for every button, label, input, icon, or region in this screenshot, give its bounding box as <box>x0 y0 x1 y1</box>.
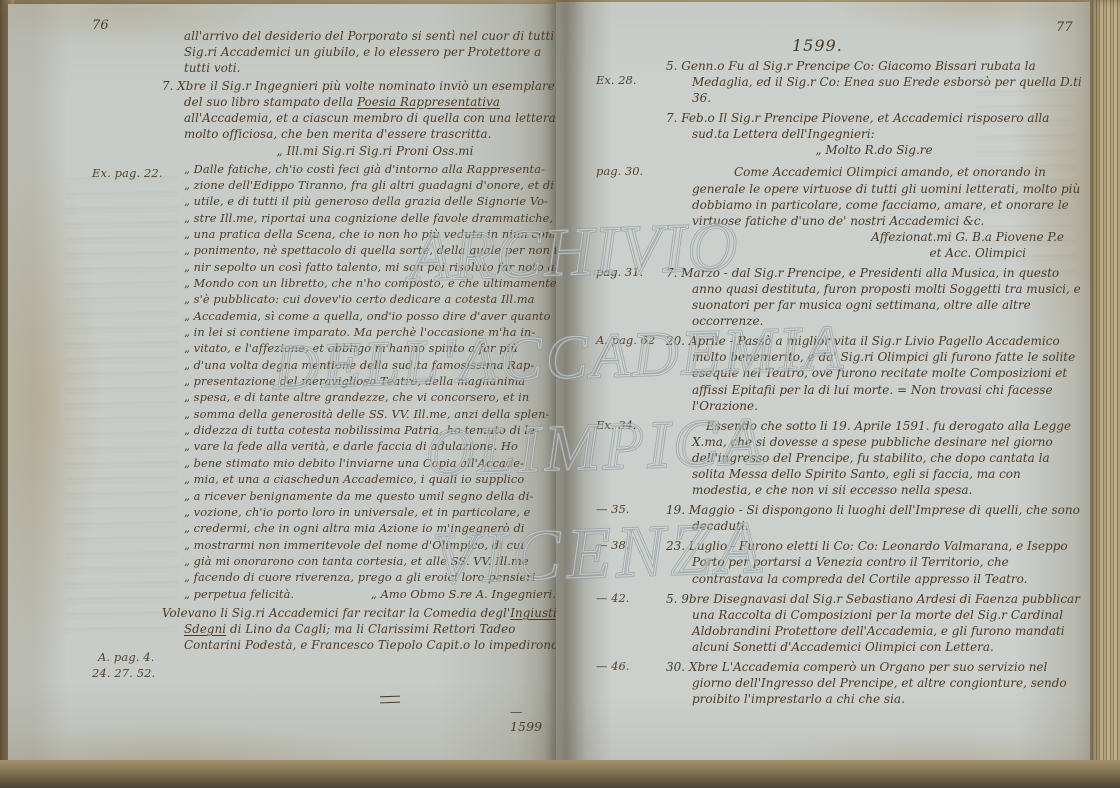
showthrough-texture-left <box>66 169 178 639</box>
entry-row: — 35. 19. Maggio - Si dispongono li luog… <box>596 502 1082 534</box>
entry-text: Essendo che sotto li 19. Aprile 1591. fu… <box>666 418 1082 498</box>
entry-row: 7. Feb.o Il Sig.r Prencipe Piovene, et A… <box>596 110 1082 160</box>
entry-date: 30. Xbre <box>666 660 718 674</box>
entry-text: 5. 9bre Disegnavasi dal Sig.r Sebastiano… <box>666 591 1082 655</box>
entry-margin-ref: — 46. <box>596 659 666 707</box>
letter-closing: „ perpetua felicità. <box>184 586 294 602</box>
section-divider <box>380 696 400 704</box>
margin-note-ex-pag-22: Ex. pag. 22. <box>92 166 163 180</box>
quoted-letter: „ Dalle fatiche, ch'io costì feci già d'… <box>184 161 566 586</box>
signature-line-1: Affezionat.mi G. B.a Piovene P.e <box>666 229 1082 245</box>
year-heading: 1599. <box>792 36 843 55</box>
left-page-text-block: all'arrivo del desiderio del Porporato s… <box>184 28 566 655</box>
entry-margin-ref: pag. 31. <box>596 265 666 329</box>
entry-margin-ref: — 35. <box>596 502 666 534</box>
entry-date: 5. Genn.o <box>666 59 724 73</box>
book-fore-edge-pages <box>1090 0 1120 788</box>
entry-text: 7. Feb.o Il Sig.r Prencipe Piovene, et A… <box>666 110 1082 142</box>
entry-row: A. pag. 62 20. Aprile - Passò a miglior … <box>596 333 1082 413</box>
entry-margin-ref: Ex. 28. <box>596 58 666 106</box>
december-entry: 7. Xbre il Sig.r Ingegnieri più volte no… <box>184 78 566 143</box>
entry-text: 30. Xbre L'Accademia comperò un Organo p… <box>666 659 1082 707</box>
entry-date: 7. Marzo - <box>666 266 728 280</box>
entry-row: — 38. 23. Luglio - Furono eletti li Co: … <box>596 538 1082 586</box>
entry-row: pag. 31. 7. Marzo - dal Sig.r Prencipe, … <box>596 265 1082 329</box>
letter-closing-line: „ perpetua felicità. „ Amo Obmo S.re A. … <box>184 586 566 602</box>
underlined-title-poesia: Poesia Rappresentativa <box>357 95 500 109</box>
manuscript-scan: { "watermark": { "lines": ["ARCHIVIO", "… <box>0 0 1120 788</box>
page-number-left: 76 <box>92 18 109 33</box>
entry-text: 23. Luglio - Furono eletti li Co: Co: Le… <box>666 538 1082 586</box>
entry-margin-ref: pag. 30. <box>596 164 666 260</box>
entry-date: 7. Feb.o <box>666 111 715 125</box>
letter-salutation-left: „ Ill.mi Sig.ri Sig.ri Proni Oss.mi <box>184 143 566 159</box>
entry-date: 20. Aprile - <box>666 334 734 348</box>
intro-paragraph: all'arrivo del desiderio del Porporato s… <box>184 28 566 77</box>
entry-margin-ref: A. pag. 62 <box>596 333 666 413</box>
catchword-1599: — 1599 <box>510 704 556 734</box>
entry-date: 7. Xbre <box>162 79 206 93</box>
entry-row: Ex. 28. 5. Genn.o Fu al Sig.r Prencipe C… <box>596 58 1082 106</box>
entry-row: — 46. 30. Xbre L'Accademia comperò un Or… <box>596 659 1082 707</box>
entry-margin-ref: Ex. 34. <box>596 418 666 498</box>
margin-note-a-pag-4: A. pag. 4. <box>98 650 154 664</box>
entry-text: 19. Maggio - Si dispongono li luoghi del… <box>666 502 1082 534</box>
entry-margin-ref: — 42. <box>596 591 666 655</box>
left-page: 76 Ex. pag. 22. A. pag. 4. 24. 27. 52. a… <box>8 4 556 772</box>
book-bottom-edge <box>0 760 1120 788</box>
margin-note-24-27-52: 24. 27. 52. <box>92 666 155 680</box>
entry-text: 5. Genn.o Fu al Sig.r Prencipe Co: Giaco… <box>666 58 1082 106</box>
entry-margin-ref <box>596 110 666 160</box>
page-number-right: 77 <box>1056 20 1073 35</box>
entry-text: Come Accademici Olimpici amando, et onor… <box>666 164 1082 228</box>
closing-paragraph: Volevano li Sig.ri Accademici far recita… <box>184 605 566 654</box>
entry-text: 7. Marzo - dal Sig.r Prencipe, e Preside… <box>666 265 1082 329</box>
entry-row: — 42. 5. 9bre Disegnavasi dal Sig.r Seba… <box>596 591 1082 655</box>
signature-line-2: et Acc. Olimpici <box>666 245 1082 261</box>
entry-date: 23. Luglio - <box>666 539 735 553</box>
entry-date: 19. Maggio - <box>666 503 743 517</box>
letter-signature: „ Amo Obmo S.re A. Ingegnieri. <box>371 586 556 602</box>
entry-row: Ex. 34. Essendo che sotto li 19. Aprile … <box>596 418 1082 498</box>
right-page: 77 1599. Ex. 28. 5. Genn.o Fu al Sig.r P… <box>556 2 1090 774</box>
entry-margin-ref: — 38. <box>596 538 666 586</box>
letter-salutation-right: „ Molto R.do Sig.re <box>666 143 1082 157</box>
entry-date: 5. 9bre <box>666 592 709 606</box>
entry-row: pag. 30. Come Accademici Olimpici amando… <box>596 164 1082 260</box>
right-page-text-block: Ex. 28. 5. Genn.o Fu al Sig.r Prencipe C… <box>596 58 1082 711</box>
entry-text: 20. Aprile - Passò a miglior vita il Sig… <box>666 333 1082 413</box>
